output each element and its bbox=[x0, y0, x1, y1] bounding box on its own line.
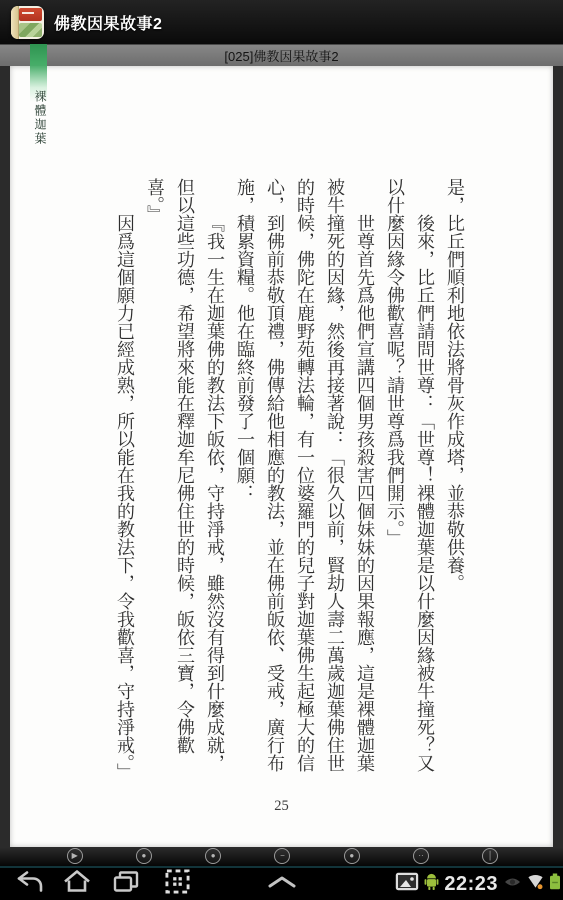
toolbar-dots-button[interactable]: ·· bbox=[413, 848, 429, 864]
recent-apps-icon[interactable] bbox=[112, 870, 140, 899]
clock: 22:23 bbox=[444, 873, 498, 896]
toolbar-play-button[interactable]: ▶ bbox=[67, 848, 83, 864]
toolbar-marker-3-button[interactable]: ● bbox=[344, 848, 360, 864]
wifi-icon bbox=[527, 874, 544, 895]
app-icon bbox=[11, 6, 44, 39]
home-icon[interactable] bbox=[62, 870, 92, 899]
dimmed-status-icon bbox=[503, 874, 522, 895]
android-navbar: 22:23 bbox=[0, 868, 563, 900]
reader-area: 是，比丘們順利地依法將骨灰作成塔，並恭敬供養。後來，比丘們請問世尊：「世尊！裸體… bbox=[0, 66, 563, 847]
app-title: 佛教因果故事2 bbox=[54, 11, 162, 34]
paragraph: 是，比丘們順利地依法將骨灰作成塔，並恭敬供養。 bbox=[440, 178, 470, 776]
toolbar-marker-2-button[interactable]: ● bbox=[205, 848, 221, 864]
screen: 佛教因果故事2 [025]佛教因果故事2 裸體迦葉 是，比丘們順利地依法將骨灰作… bbox=[0, 0, 563, 900]
app-icon-spine bbox=[11, 6, 19, 39]
app-titlebar: 佛教因果故事2 bbox=[0, 0, 563, 44]
battery-icon bbox=[549, 873, 561, 895]
paragraph: 後來，比丘們請問世尊：「世尊！裸體迦葉是以什麼因緣被牛撞死？又以什麼因緣令佛歡喜… bbox=[380, 178, 440, 776]
paragraph: 世尊首先爲他們宣講四個男孩殺害四個妹妹的因果報應，這是裸體迦葉被牛撞死的因緣，然… bbox=[230, 178, 380, 776]
paragraph: 『我一生在迦葉佛的教法下皈依，守持淨戒，雖然沒有得到什麼成就，但以這些功德，希望… bbox=[140, 178, 230, 776]
chapter-title: [025]佛教因果故事2 bbox=[224, 46, 338, 65]
page-number: 25 bbox=[10, 798, 553, 815]
vertical-text-block: 是，比丘們順利地依法將骨灰作成塔，並恭敬供養。後來，比丘們請問世尊：「世尊！裸體… bbox=[125, 178, 470, 776]
reader-toolbar: ▶●●−●··│ bbox=[0, 847, 563, 868]
android-robot-icon bbox=[424, 872, 439, 896]
toolbar-power-button[interactable]: │ bbox=[482, 848, 498, 864]
back-icon[interactable] bbox=[16, 871, 44, 898]
gallery-icon bbox=[395, 872, 419, 896]
bookmark-label: 裸體迦葉 bbox=[32, 90, 49, 146]
screenshot-icon[interactable] bbox=[165, 869, 190, 899]
toolbar-marker-1-button[interactable]: ● bbox=[136, 848, 152, 864]
paragraph: 因爲這個願力已經成熟，所以能在我的教法下，令我歡喜，守持淨戒。」 bbox=[110, 178, 140, 776]
app-icon-map bbox=[19, 23, 42, 37]
status-tray[interactable]: 22:23 bbox=[395, 868, 561, 900]
chevron-up-icon[interactable] bbox=[267, 875, 297, 893]
chapter-header-bar: [025]佛教因果故事2 bbox=[0, 44, 563, 66]
toolbar-minus-button[interactable]: − bbox=[274, 848, 290, 864]
app-icon-cover bbox=[19, 8, 42, 21]
book-page[interactable]: 是，比丘們順利地依法將骨灰作成塔，並恭敬供養。後來，比丘們請問世尊：「世尊！裸體… bbox=[10, 66, 553, 847]
reader-toolbar-buttons: ▶●●−●··│ bbox=[40, 847, 525, 864]
